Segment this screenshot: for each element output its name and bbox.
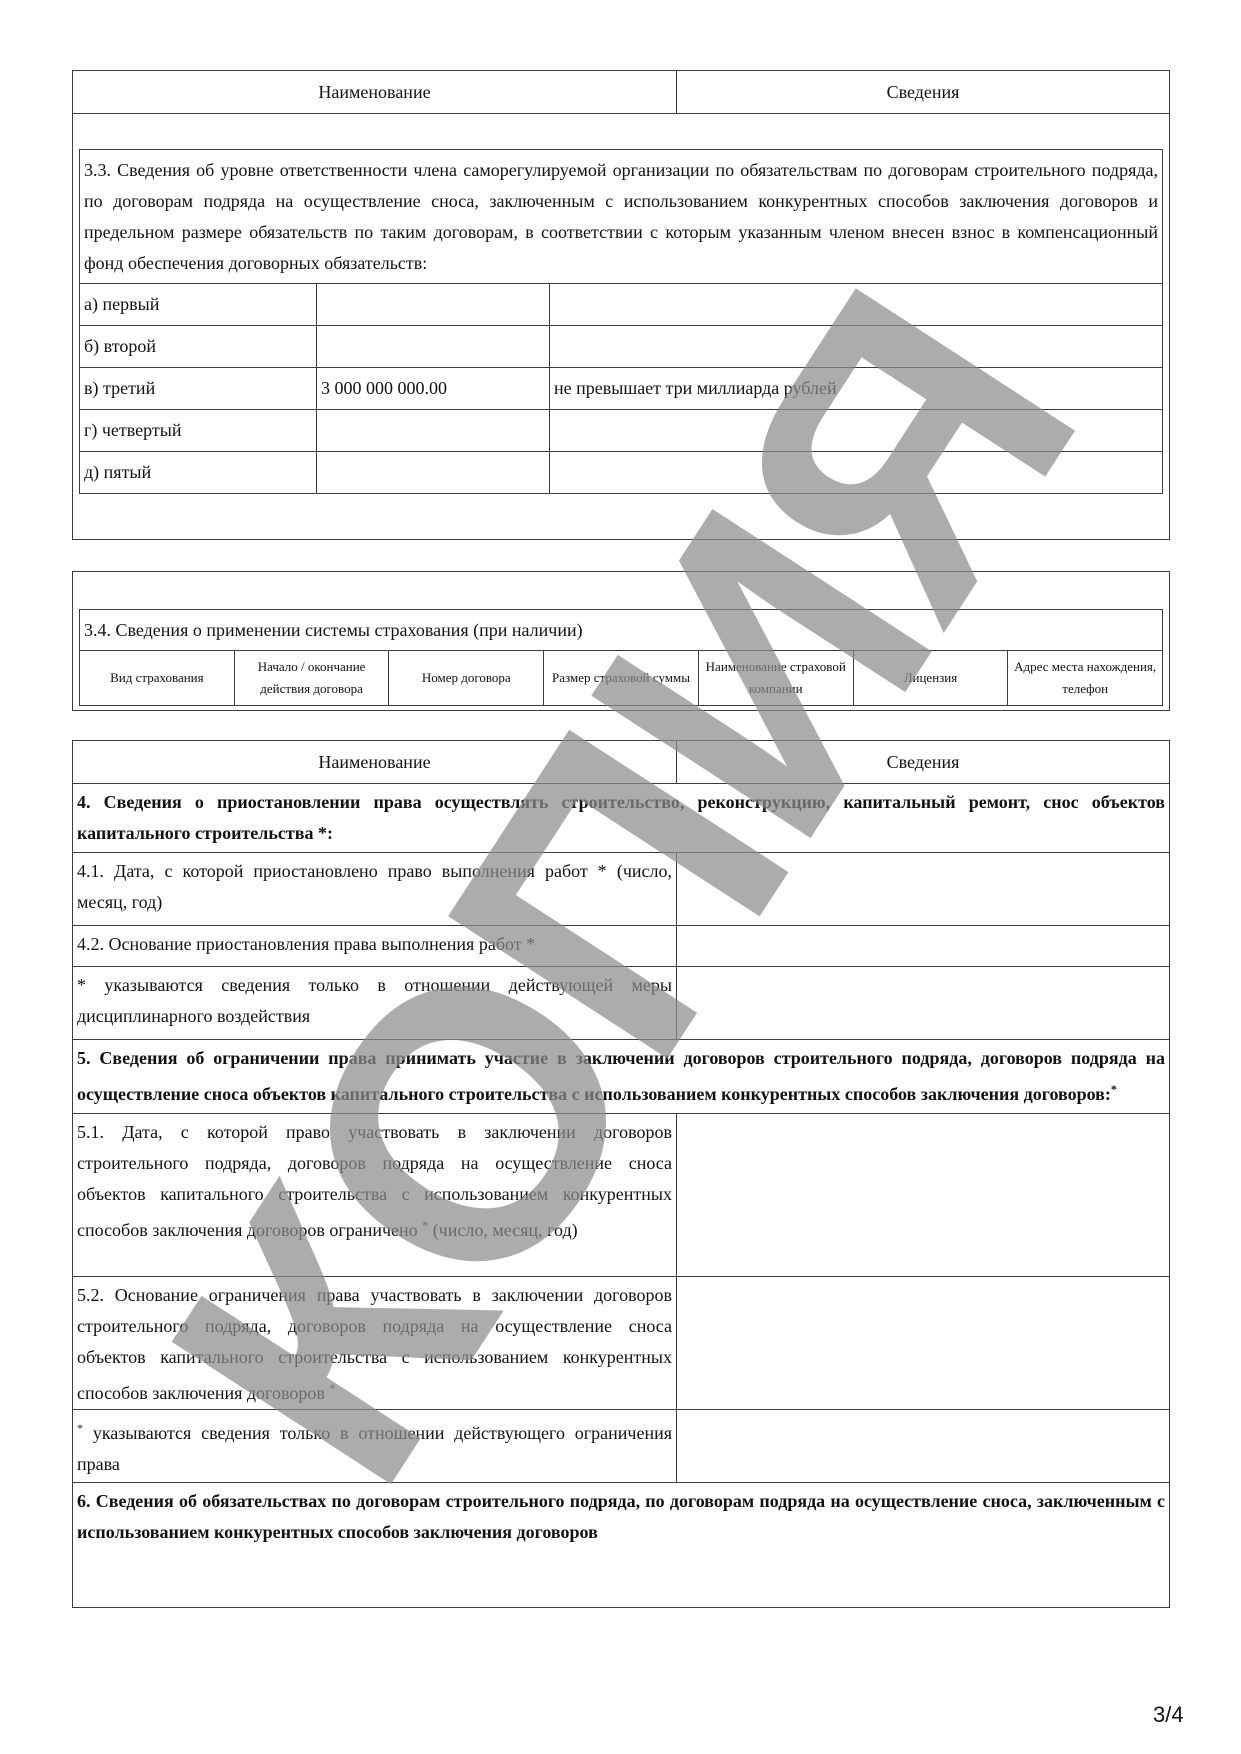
level-amount: 3 000 000 000.00 (317, 368, 550, 409)
section-3-4: 3.4. Сведения о применении системы страх… (79, 609, 1163, 706)
level-name: а) первый (80, 284, 317, 325)
level-amount (317, 326, 550, 367)
insurance-table: 3.4. Сведения о применении системы страх… (72, 571, 1170, 711)
row-label: 5.2. Основание ограничения права участво… (73, 1277, 677, 1409)
column-header: Лицензия (854, 651, 1009, 705)
table-row: * указываются сведения только в отношени… (73, 967, 1169, 1040)
header-name: Наименование (73, 741, 677, 783)
level-description (550, 410, 1162, 451)
table-row: * указываются сведения только в отношени… (73, 1410, 1169, 1483)
level-description (550, 326, 1162, 367)
row-label-text: 5.1. Дата, с которой право участвовать в… (77, 1122, 672, 1240)
table-header: Наименование Сведения (73, 71, 1169, 114)
table-row: б) второй (80, 326, 1162, 368)
header-name: Наименование (73, 71, 677, 113)
column-header: Адрес места нахождения, телефон (1008, 651, 1162, 705)
section-6-title: 6. Сведения об обязательствах по договор… (73, 1483, 1169, 1551)
column-header: Номер договора (389, 651, 544, 705)
level-description (550, 284, 1162, 325)
footnote-mark: * (1111, 1082, 1117, 1096)
header-info: Сведения (677, 71, 1169, 113)
table-row: д) пятый (80, 452, 1162, 493)
row-label: * указываются сведения только в отношени… (73, 1410, 677, 1482)
row-value (677, 967, 1169, 1039)
table-row: а) первый (80, 284, 1162, 326)
level-name: в) третий (80, 368, 317, 409)
level-name: б) второй (80, 326, 317, 367)
column-header: Наименование страховой компании (699, 651, 854, 705)
table-row: 5.1. Дата, с которой право участвовать в… (73, 1114, 1169, 1277)
row-label: * указываются сведения только в отношени… (73, 967, 677, 1039)
row-value (677, 853, 1169, 925)
footnote-mark: * (329, 1381, 335, 1395)
level-description (550, 452, 1162, 493)
header-info: Сведения (677, 741, 1169, 783)
level-amount (317, 284, 550, 325)
row-label: 4.2. Основание приостановления права вып… (73, 926, 677, 966)
section-5-title-text: 5. Сведения об ограничении права принима… (77, 1048, 1165, 1104)
row-label: 5.1. Дата, с которой право участвовать в… (73, 1114, 677, 1276)
table-row: г) четвертый (80, 410, 1162, 452)
section-3-4-title: 3.4. Сведения о применении системы страх… (80, 610, 1162, 651)
restrictions-table: Наименование Сведения 4. Сведения о прио… (72, 740, 1170, 1608)
level-name: г) четвертый (80, 410, 317, 451)
table-header: Наименование Сведения (73, 741, 1169, 784)
table-row: 4.2. Основание приостановления права вып… (73, 926, 1169, 967)
column-header: Вид страхования (80, 651, 235, 705)
level-amount (317, 410, 550, 451)
row-label-text: указываются сведения только в отношении … (77, 1423, 672, 1474)
table-row: 5.2. Основание ограничения права участво… (73, 1277, 1169, 1410)
section-3-3: 3.3. Сведения об уровне ответственности … (79, 149, 1163, 494)
level-description: не превышает три миллиарда рублей (550, 368, 1162, 409)
row-label: 4.1. Дата, с которой приостановлено прав… (73, 853, 677, 925)
row-value (677, 1410, 1169, 1482)
liability-level-table: Наименование Сведения 3.3. Сведения об у… (72, 70, 1170, 540)
section-3-3-text: 3.3. Сведения об уровне ответственности … (80, 150, 1162, 284)
insurance-columns: Вид страхования Начало / окончание дейст… (80, 651, 1162, 705)
row-value (677, 926, 1169, 966)
section-4-title: 4. Сведения о приостановлении права осущ… (73, 784, 1169, 853)
row-label-tail: (число, месяц, год) (428, 1220, 577, 1240)
document-page: Наименование Сведения 3.3. Сведения об у… (0, 0, 1241, 1754)
table-row: 4.1. Дата, с которой приостановлено прав… (73, 853, 1169, 926)
row-label-text: 5.2. Основание ограничения права участво… (77, 1285, 672, 1403)
table-row: в) третий 3 000 000 000.00 не превышает … (80, 368, 1162, 410)
page-number: 3/4 (1153, 1702, 1184, 1728)
level-name: д) пятый (80, 452, 317, 493)
level-amount (317, 452, 550, 493)
section-5-title: 5. Сведения об ограничении права принима… (73, 1040, 1169, 1114)
row-value (677, 1277, 1169, 1409)
column-header: Размер страховой суммы (544, 651, 699, 705)
row-value (677, 1114, 1169, 1276)
column-header: Начало / окончание действия договора (235, 651, 390, 705)
